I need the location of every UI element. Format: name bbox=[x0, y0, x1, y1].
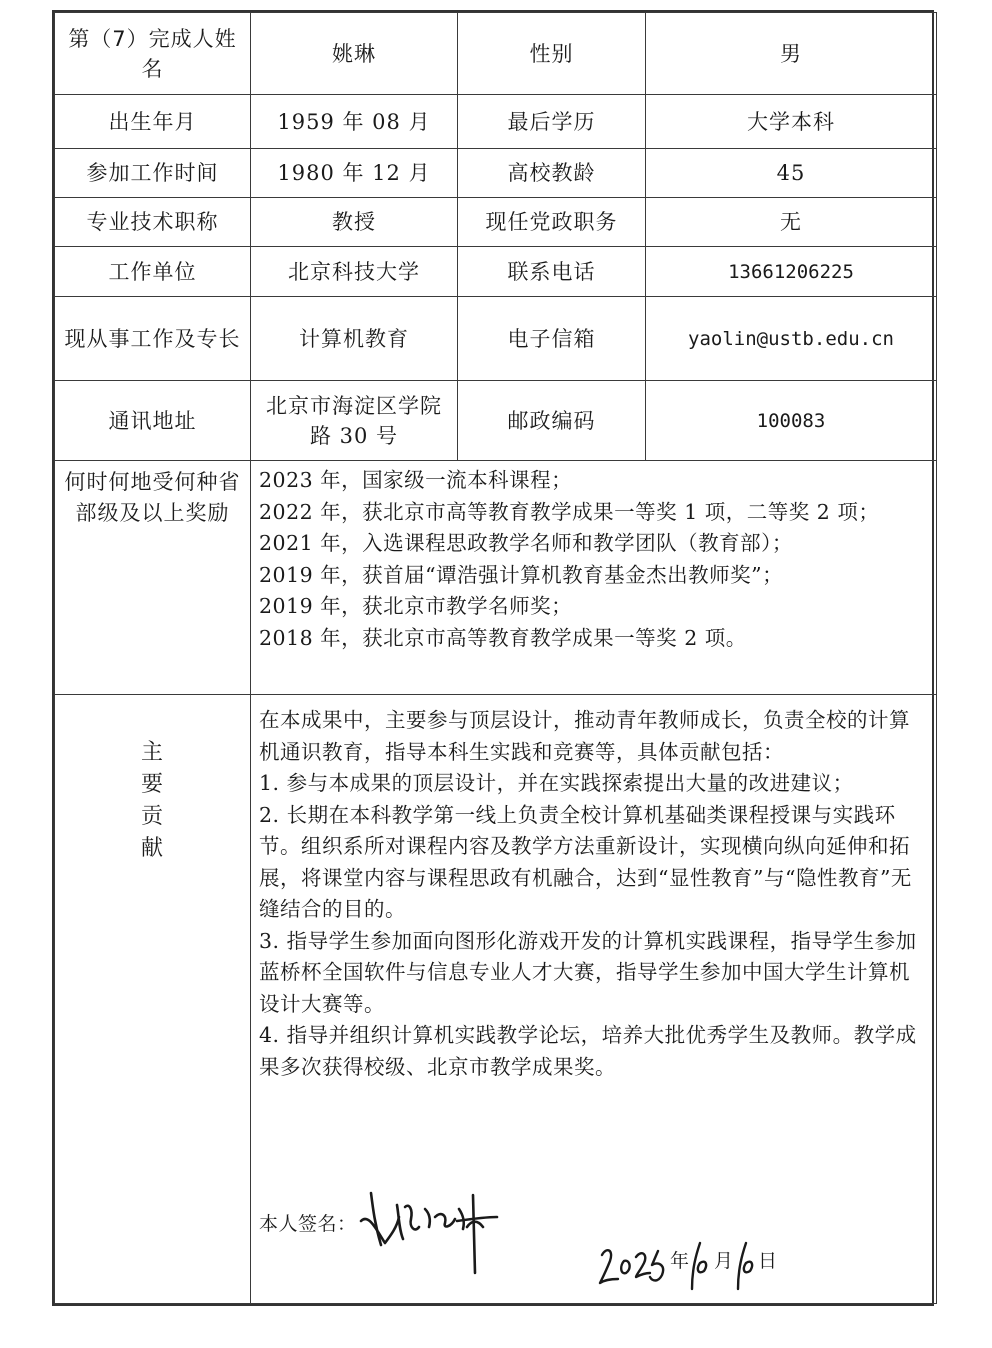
field-label: 最后学历 bbox=[458, 95, 646, 149]
postcode-label: 邮政编码 bbox=[508, 409, 596, 433]
employer-label: 工作单位 bbox=[109, 260, 197, 284]
field-value: 45 bbox=[646, 149, 937, 198]
field-label: 通讯地址 bbox=[55, 381, 251, 461]
name-label: 第（7）完成人姓名 bbox=[68, 27, 236, 81]
field-label: 参加工作时间 bbox=[55, 149, 251, 198]
awards-label: 何时何地受何种省部级及以上奖励 bbox=[65, 470, 241, 525]
handwritten-signature bbox=[347, 1183, 527, 1293]
postcode-value: 100083 bbox=[757, 410, 826, 432]
education-value: 大学本科 bbox=[747, 110, 835, 134]
contribution-item: 1. 参与本成果的顶层设计，并在实践探索提出大量的改进建议； bbox=[259, 768, 928, 800]
field-value: 1980 年 12 月 bbox=[251, 149, 458, 198]
award-item: 2023 年，国家级一流本科课程； bbox=[259, 465, 928, 497]
gender-value: 男 bbox=[780, 42, 802, 66]
field-label: 第（7）完成人姓名 bbox=[55, 13, 251, 95]
contribution-intro: 在本成果中，主要参与顶层设计，推动青年教师成长，负责全校的计算机通识教育，指导本… bbox=[259, 705, 928, 768]
award-item: 2018 年，获北京市高等教育教学成果一等奖 2 项。 bbox=[259, 623, 928, 655]
svg-text:月: 月 bbox=[714, 1250, 734, 1272]
achievement-person-form: 第（7）完成人姓名 姚琳 性别 男 出生年月 1959 年 08 月 最后学历 … bbox=[52, 10, 934, 1306]
field-label: 高校教龄 bbox=[458, 149, 646, 198]
award-item: 2021 年，入选课程思政教学名师和教学团队（教育部）； bbox=[259, 528, 928, 560]
awards-list: 2023 年，国家级一流本科课程； 2022 年，获北京市高等教育教学成果一等奖… bbox=[251, 461, 937, 695]
field-label: 电子信箱 bbox=[458, 297, 646, 381]
svg-text:日: 日 bbox=[758, 1250, 778, 1272]
work-start-value: 1980 年 12 月 bbox=[277, 161, 430, 185]
party-position-value: 无 bbox=[780, 210, 802, 234]
field-label: 现从事工作及专长 bbox=[55, 297, 251, 381]
field-value: 13661206225 bbox=[646, 247, 937, 297]
party-position-label: 现任党政职务 bbox=[486, 210, 618, 234]
field-value: 计算机教育 bbox=[251, 297, 458, 381]
contribution-label-cell: 主要贡献 bbox=[55, 695, 251, 1304]
table-row: 现从事工作及专长 计算机教育 电子信箱 yaolin@ustb.edu.cn bbox=[55, 297, 937, 381]
phone-label: 联系电话 bbox=[508, 260, 596, 284]
table-row: 参加工作时间 1980 年 12 月 高校教龄 45 bbox=[55, 149, 937, 198]
employer-value: 北京科技大学 bbox=[288, 260, 420, 284]
handwritten-date: 年 月 日 bbox=[596, 1227, 796, 1297]
field-value: 男 bbox=[646, 13, 937, 95]
gender-label: 性别 bbox=[530, 42, 574, 66]
birth-label: 出生年月 bbox=[109, 110, 197, 134]
work-start-label: 参加工作时间 bbox=[87, 161, 219, 185]
specialty-label: 现从事工作及专长 bbox=[65, 327, 241, 351]
title-value: 教授 bbox=[332, 210, 376, 234]
specialty-value: 计算机教育 bbox=[299, 327, 409, 351]
birth-value: 1959 年 08 月 bbox=[277, 110, 430, 134]
field-value: 北京科技大学 bbox=[251, 247, 458, 297]
field-label: 性别 bbox=[458, 13, 646, 95]
education-label: 最后学历 bbox=[508, 110, 596, 134]
award-item: 2022 年，获北京市高等教育教学成果一等奖 1 项，二等奖 2 项； bbox=[259, 497, 928, 529]
svg-text:年: 年 bbox=[670, 1250, 690, 1272]
contribution-item: 2. 长期在本科教学第一线上负责全校计算机基础类课程授课与实践环节。组织系所对课… bbox=[259, 800, 928, 926]
table-row: 第（7）完成人姓名 姚琳 性别 男 bbox=[55, 13, 937, 95]
teaching-years-label: 高校教龄 bbox=[508, 161, 596, 185]
field-value: 教授 bbox=[251, 198, 458, 247]
award-item: 2019 年，获首届“谭浩强计算机教育基金杰出教师奖”； bbox=[259, 560, 928, 592]
table-row: 专业技术职称 教授 现任党政职务 无 bbox=[55, 198, 937, 247]
email-value: yaolin@ustb.edu.cn bbox=[688, 328, 894, 350]
field-value: 姚琳 bbox=[251, 13, 458, 95]
address-label: 通讯地址 bbox=[109, 409, 197, 433]
awards-row: 何时何地受何种省部级及以上奖励 2023 年，国家级一流本科课程； 2022 年… bbox=[55, 461, 937, 695]
contribution-row: 主要贡献 在本成果中，主要参与顶层设计，推动青年教师成长，负责全校的计算机通识教… bbox=[55, 695, 937, 1304]
teaching-years-value: 45 bbox=[777, 161, 806, 185]
name-value: 姚琳 bbox=[332, 42, 376, 66]
address-value: 北京市海淀区学院路 30 号 bbox=[266, 394, 442, 448]
awards-label-cell: 何时何地受何种省部级及以上奖励 bbox=[55, 461, 251, 695]
phone-value: 13661206225 bbox=[728, 261, 854, 283]
contribution-cell: 在本成果中，主要参与顶层设计，推动青年教师成长，负责全校的计算机通识教育，指导本… bbox=[251, 695, 937, 1304]
field-label: 邮政编码 bbox=[458, 381, 646, 461]
contribution-label: 主要贡献 bbox=[141, 737, 165, 865]
field-value: 1959 年 08 月 bbox=[251, 95, 458, 149]
contribution-item: 3. 指导学生参加面向图形化游戏开发的计算机实践课程，指导学生参加蓝桥杯全国软件… bbox=[259, 926, 928, 1021]
person-info-table: 第（7）完成人姓名 姚琳 性别 男 出生年月 1959 年 08 月 最后学历 … bbox=[54, 12, 937, 1304]
table-row: 出生年月 1959 年 08 月 最后学历 大学本科 bbox=[55, 95, 937, 149]
field-label: 现任党政职务 bbox=[458, 198, 646, 247]
signature-date: 2025 年 10 月 10 日 bbox=[601, 1241, 609, 1273]
field-value: yaolin@ustb.edu.cn bbox=[646, 297, 937, 381]
field-label: 工作单位 bbox=[55, 247, 251, 297]
signature-label: 本人签名： bbox=[259, 1209, 357, 1241]
field-label: 出生年月 bbox=[55, 95, 251, 149]
field-value: 无 bbox=[646, 198, 937, 247]
table-row: 通讯地址 北京市海淀区学院路 30 号 邮政编码 100083 bbox=[55, 381, 937, 461]
table-row: 工作单位 北京科技大学 联系电话 13661206225 bbox=[55, 247, 937, 297]
field-value: 100083 bbox=[646, 381, 937, 461]
email-label: 电子信箱 bbox=[508, 327, 596, 351]
signature-area: 本人签名： bbox=[251, 1183, 936, 1303]
contribution-item: 4. 指导并组织计算机实践教学论坛，培养大批优秀学生及教师。教学成果多次获得校级… bbox=[259, 1020, 928, 1083]
field-value: 大学本科 bbox=[646, 95, 937, 149]
field-label: 联系电话 bbox=[458, 247, 646, 297]
field-label: 专业技术职称 bbox=[55, 198, 251, 247]
title-label: 专业技术职称 bbox=[87, 210, 219, 234]
award-item: 2019 年，获北京市教学名师奖； bbox=[259, 591, 928, 623]
field-value: 北京市海淀区学院路 30 号 bbox=[251, 381, 458, 461]
